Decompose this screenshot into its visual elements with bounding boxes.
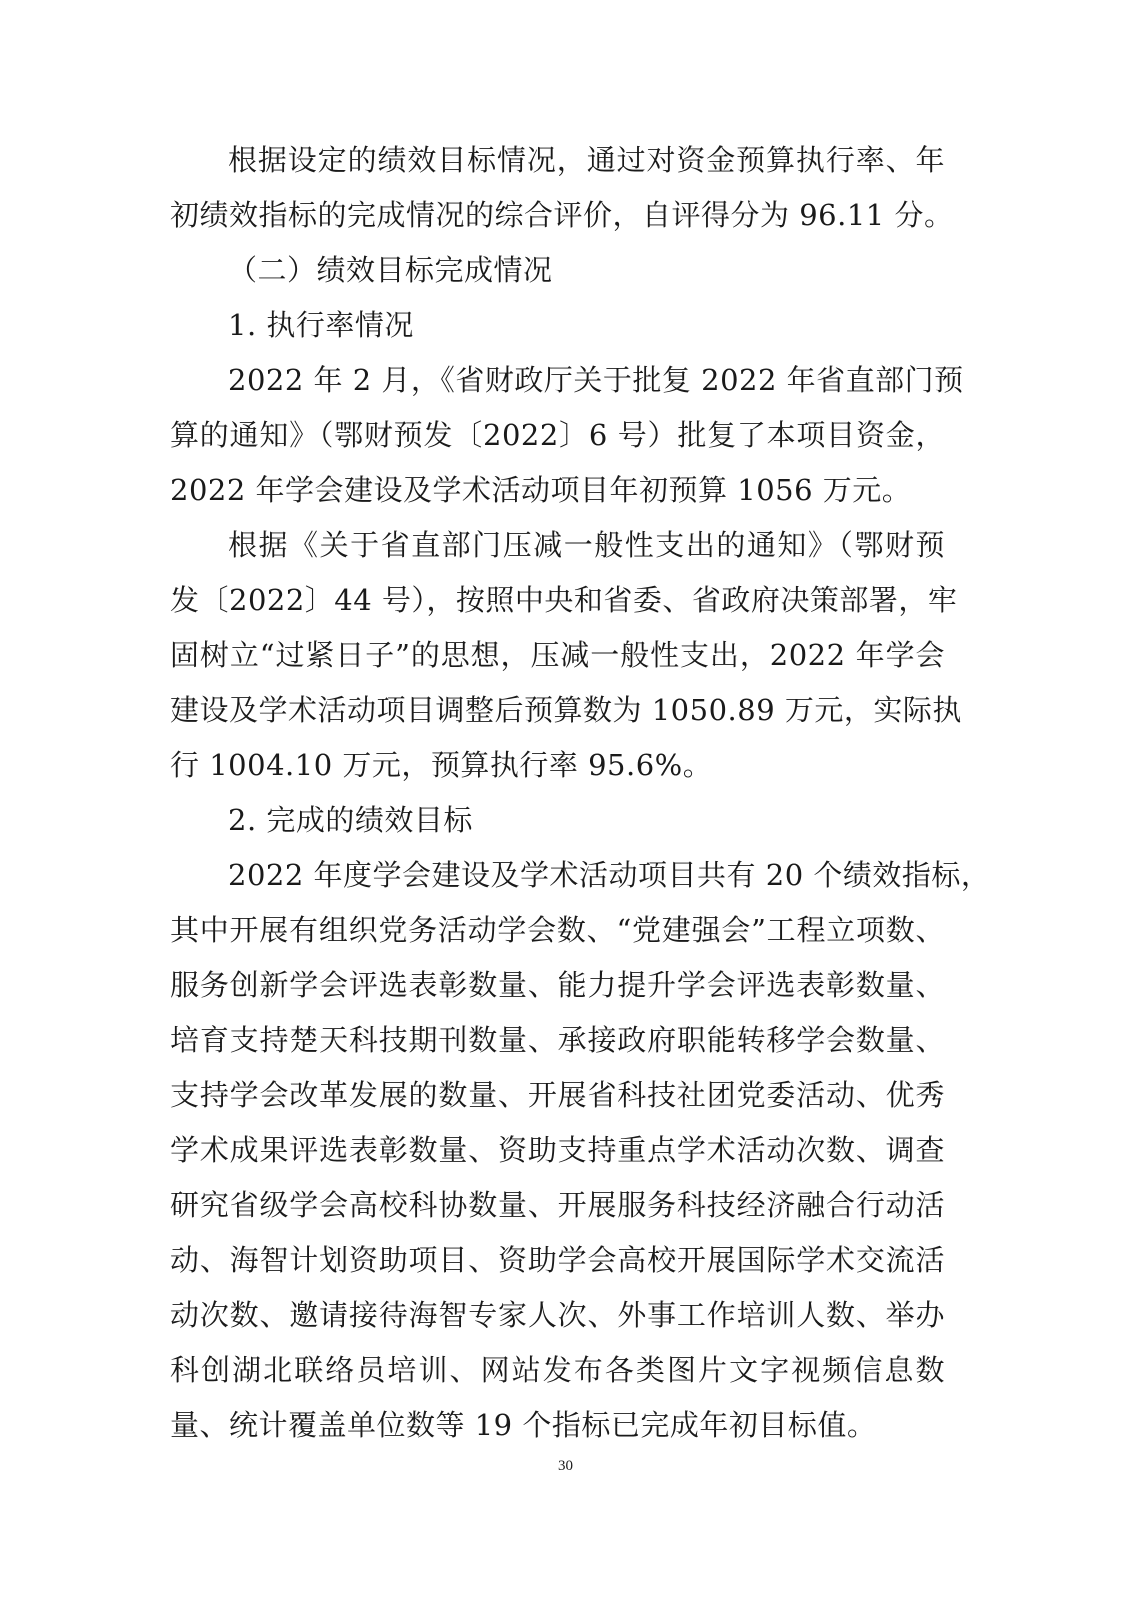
paragraph-line: 研究省级学会高校科协数量、开展服务科技经济融合行动活 [170, 1185, 945, 1225]
paragraph-line: 发〔2022〕44 号），按照中央和省委、省政府决策部署，牢 [170, 580, 945, 620]
paragraph-line: 算的通知》（鄂财预发〔2022〕6 号）批复了本项目资金， [170, 415, 945, 455]
paragraph-line: 2022 年 2 月，《省财政厅关于批复 2022 年省直部门预 [228, 360, 945, 400]
subsection-heading: 1. 执行率情况 [228, 305, 414, 345]
paragraph-line: 行 1004.10 万元，预算执行率 95.6%。 [170, 745, 712, 785]
paragraph-line: 根据《关于省直部门压减一般性支出的通知》（鄂财预 [228, 525, 945, 565]
paragraph-line: 2022 年度学会建设及学术活动项目共有 20 个绩效指标， [228, 855, 945, 895]
paragraph-line: 其中开展有组织党务活动学会数、“党建强会”工程立项数、 [170, 910, 945, 950]
section-heading: （二）绩效目标完成情况 [228, 250, 553, 290]
paragraph-line: 固树立“过紧日子”的思想，压减一般性支出，2022 年学会 [170, 635, 945, 675]
paragraph-line: 初绩效指标的完成情况的综合评价，自评得分为 96.11 分。 [170, 195, 945, 235]
page-number: 30 [0, 1456, 1131, 1476]
paragraph-line: 动、海智计划资助项目、资助学会高校开展国际学术交流活 [170, 1240, 945, 1280]
paragraph-line: 2022 年学会建设及学术活动项目年初预算 1056 万元。 [170, 470, 911, 510]
paragraph-line: 服务创新学会评选表彰数量、能力提升学会评选表彰数量、 [170, 965, 945, 1005]
subsection-heading: 2. 完成的绩效目标 [228, 800, 473, 840]
paragraph-line: 建设及学术活动项目调整后预算数为 1050.89 万元，实际执 [170, 690, 945, 730]
paragraph-line: 支持学会改革发展的数量、开展省科技社团党委活动、优秀 [170, 1075, 945, 1115]
paragraph-line: 科创湖北联络员培训、网站发布各类图片文字视频信息数 [170, 1350, 945, 1390]
paragraph-line: 动次数、邀请接待海智专家人次、外事工作培训人数、举办 [170, 1295, 945, 1335]
paragraph-line: 根据设定的绩效目标情况，通过对资金预算执行率、年 [228, 140, 945, 180]
paragraph-line: 学术成果评选表彰数量、资助支持重点学术活动次数、调查 [170, 1130, 945, 1170]
paragraph-line: 量、统计覆盖单位数等 19 个指标已完成年初目标值。 [170, 1405, 876, 1445]
paragraph-line: 培育支持楚天科技期刊数量、承接政府职能转移学会数量、 [170, 1020, 945, 1060]
